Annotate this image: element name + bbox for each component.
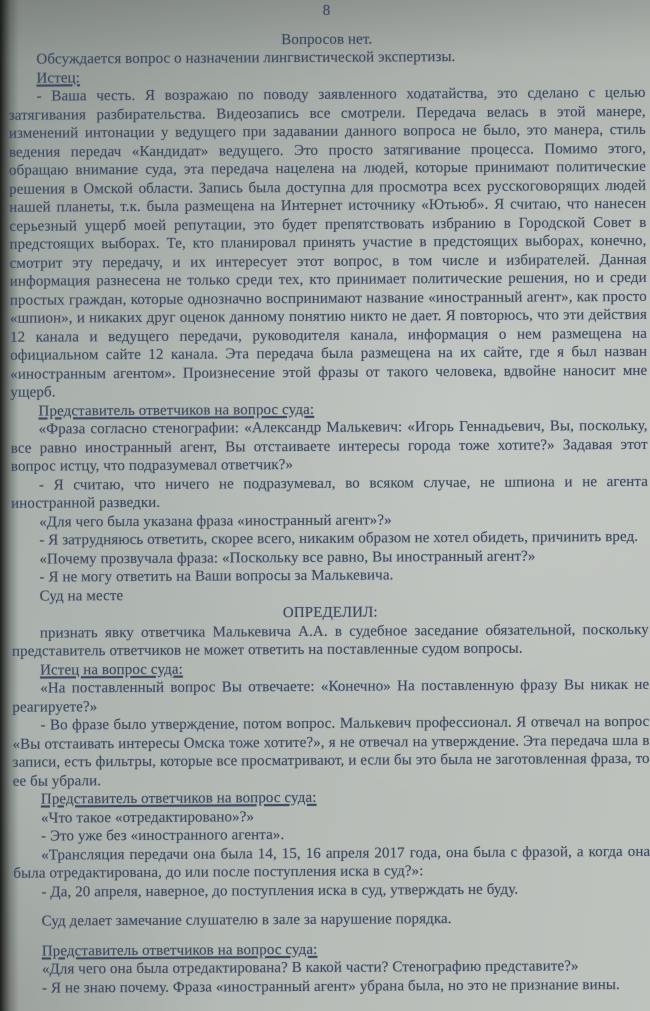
page-content: 8 Вопросов нет. Обсуждается вопрос о наз… (0, 0, 650, 998)
section-heading-label: Истец на вопрос суда: (40, 661, 183, 678)
page-number: 8 (8, 0, 645, 22)
paragraph: - Я не знаю почему. Фраза «иностранный а… (14, 975, 650, 997)
section-heading-label: Представитель ответчиков на вопрос суда: (38, 401, 314, 419)
paragraph: Суд делает замечание слушателю в зале за… (14, 909, 650, 931)
paragraph: - Я считаю, что ничего не подразумевал, … (11, 472, 648, 513)
paragraph: «Трансляция передачи она была 14, 15, 16… (13, 842, 650, 883)
paragraph: - Я затрудняюсь ответить, скорее всего, … (11, 528, 648, 550)
section-heading-label: Представитель ответчиков на вопрос суда: (42, 941, 318, 959)
paragraph: признать явку ответчика Малькевича А.А. … (12, 620, 649, 661)
section-heading-label: Истец: (36, 70, 80, 86)
paragraph: «На поставленный вопрос Вы отвечаете: «К… (12, 676, 649, 717)
paragraph: - Да, 20 апреля, наверное, до поступлени… (13, 879, 650, 901)
scanned-document-page: 8 Вопросов нет. Обсуждается вопрос о наз… (0, 0, 650, 1011)
section-heading-label: Представитель ответчиков на вопрос суда: (41, 790, 317, 808)
paragraph: - Во фразе было утверждение, потом вопро… (12, 713, 649, 791)
paragraph: - Ваша честь. Я возражаю по поводу заявл… (9, 84, 648, 402)
paragraph: «Фраза согласно стенографии: «Александр … (11, 417, 648, 476)
